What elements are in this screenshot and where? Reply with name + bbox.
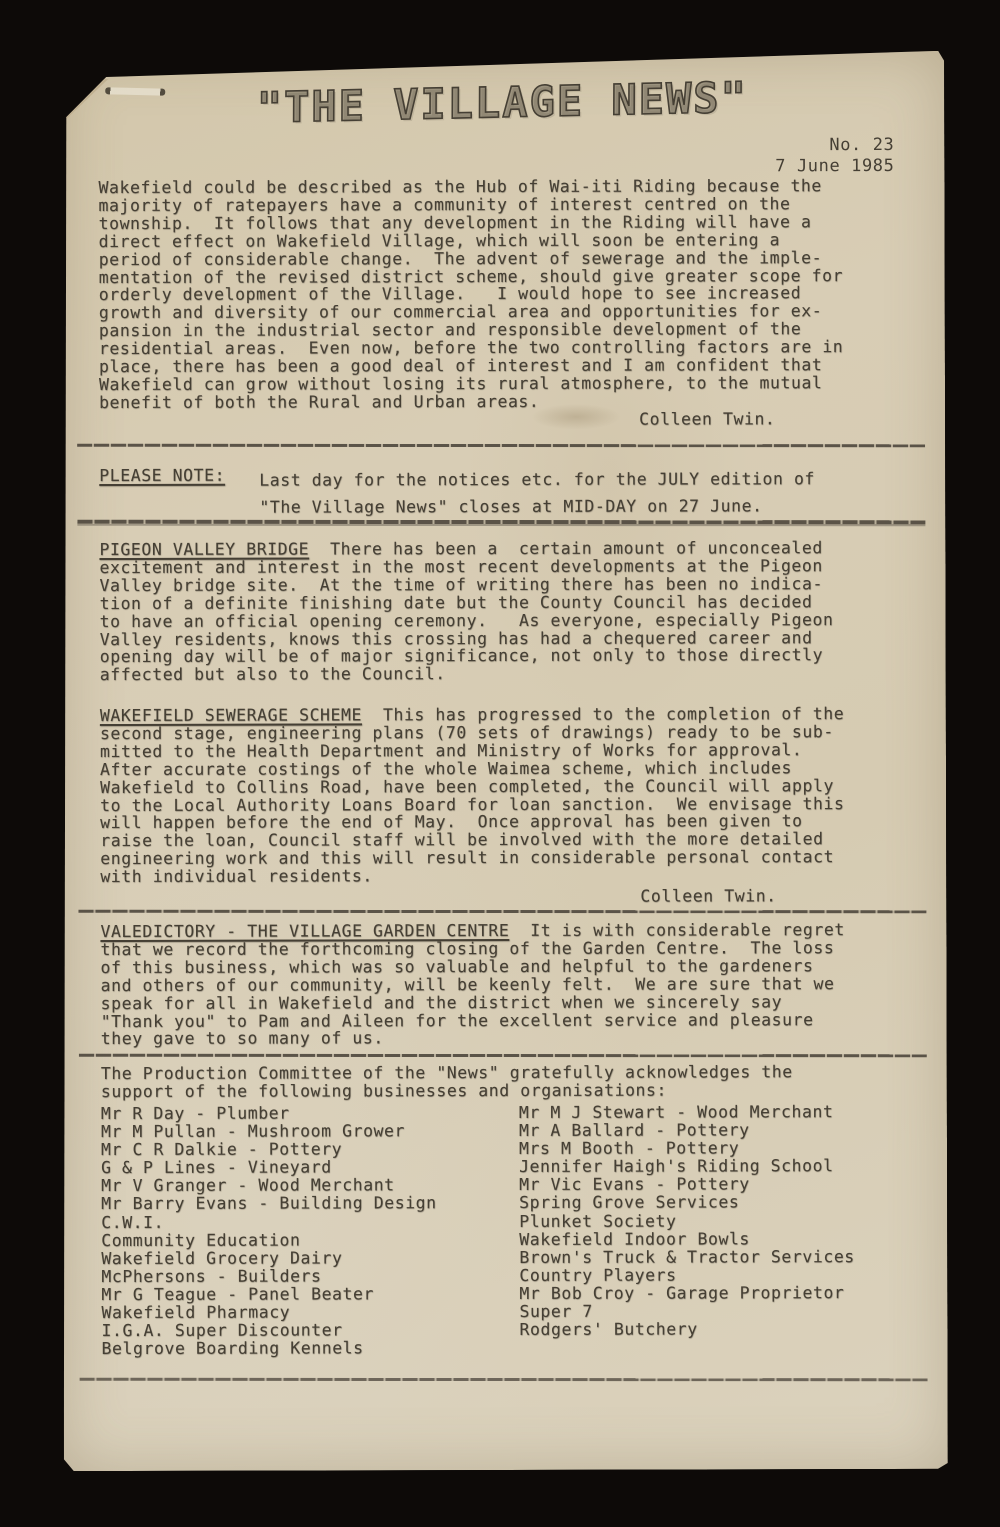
list-item: Mr M Pullan - Mushroom Grower [101, 1122, 437, 1141]
list-item: Wakefield Indoor Bowls [519, 1230, 855, 1249]
list-item: Mrs M Booth - Pottery [519, 1139, 855, 1158]
section-heading: VALEDICTORY - THE VILLAGE GARDEN CENTRE [100, 921, 509, 941]
issue-number: No. 23 [775, 135, 894, 156]
section-divider [79, 1054, 927, 1057]
list-item: Belgrove Boarding Kennels [102, 1339, 438, 1358]
section-divider [78, 910, 926, 913]
newsletter-page: "THE VILLAGE NEWS" No. 23 7 June 1985 Wa… [60, 51, 948, 1471]
section-valedictory: VALEDICTORY - THE VILLAGE GARDEN CENTRE … [100, 921, 912, 1048]
list-item: I.G.A. Super Discounter [101, 1321, 437, 1340]
notice-body: Last day for the notices etc. for the JU… [259, 465, 909, 521]
list-item: Wakefield Pharmacy [101, 1303, 437, 1322]
list-item: Mr Barry Evans - Building Design [101, 1195, 437, 1214]
list-item: Super 7 [519, 1302, 855, 1321]
intro-signature: Colleen Twin. [639, 410, 899, 429]
list-item: Mr V Granger - Wood Merchant [101, 1177, 437, 1196]
issue-block: No. 23 7 June 1985 [775, 135, 894, 177]
issue-date: 7 June 1985 [775, 156, 894, 177]
list-item: Mr M J Stewart - Wood Merchant [519, 1103, 855, 1122]
list-item: Mr A Ballard - Pottery [519, 1121, 855, 1140]
list-item: Wakefield Grocery Dairy [101, 1249, 437, 1268]
section-body: It is with considerable regret that we r… [100, 920, 844, 1048]
list-item: Mr Vic Evans - Pottery [519, 1175, 855, 1194]
acknowledgements-column-1: Mr R Day - PlumberMr M Pullan - Mushroom… [101, 1104, 437, 1358]
list-item: McPhersons - Builders [101, 1267, 437, 1286]
notice-label: PLEASE NOTE: [99, 467, 225, 485]
page-background: { "colors": { "background": "#0d0a08", "… [0, 0, 1000, 1527]
list-item: Brown's Truck & Tractor Services [519, 1248, 855, 1267]
list-item: C.W.I. [101, 1213, 437, 1232]
section-divider [80, 1378, 928, 1381]
acknowledgements-column-2: Mr M J Stewart - Wood MerchantMr A Balla… [519, 1103, 855, 1339]
section-body: There has been a certain amount of uncon… [99, 538, 833, 684]
list-item: Rodgers' Butchery [519, 1320, 855, 1339]
section-divider [77, 444, 925, 447]
list-item: Mr G Teague - Panel Beater [101, 1285, 437, 1304]
section-heading: PIGEON VALLEY BRIDGE [99, 540, 309, 560]
sewerage-signature: Colleen Twin. [640, 887, 900, 906]
list-item: Mr C R Dalkie - Pottery [101, 1140, 437, 1159]
section-sewerage-scheme: WAKEFIELD SEWERAGE SCHEME This has progr… [100, 705, 912, 886]
acknowledgements-intro: The Production Committee of the "News" g… [101, 1063, 913, 1101]
section-body: This has progressed to the completion of… [100, 704, 845, 886]
section-heading: WAKEFIELD SEWERAGE SCHEME [100, 705, 362, 725]
list-item: Country Players [519, 1266, 855, 1285]
list-item: Mr R Day - Plumber [101, 1104, 437, 1123]
section-pigeon-valley-bridge: PIGEON VALLEY BRIDGE There has been a ce… [99, 539, 911, 684]
masthead-title: "THE VILLAGE NEWS" [60, 68, 944, 136]
list-item: G & P Lines - Vineyard [101, 1158, 437, 1177]
intro-paragraph: Wakefield could be described as the Hub … [98, 177, 911, 412]
list-item: Community Education [101, 1231, 437, 1250]
list-item: Jennifer Haigh's Riding School [519, 1157, 855, 1176]
list-item: Spring Grove Services [519, 1194, 855, 1213]
section-divider [77, 520, 925, 524]
list-item: Plunket Society [519, 1212, 855, 1231]
list-item: Mr Bob Croy - Garage Proprietor [519, 1284, 855, 1303]
acknowledgements-list: Mr R Day - PlumberMr M Pullan - Mushroom… [101, 1103, 914, 1361]
